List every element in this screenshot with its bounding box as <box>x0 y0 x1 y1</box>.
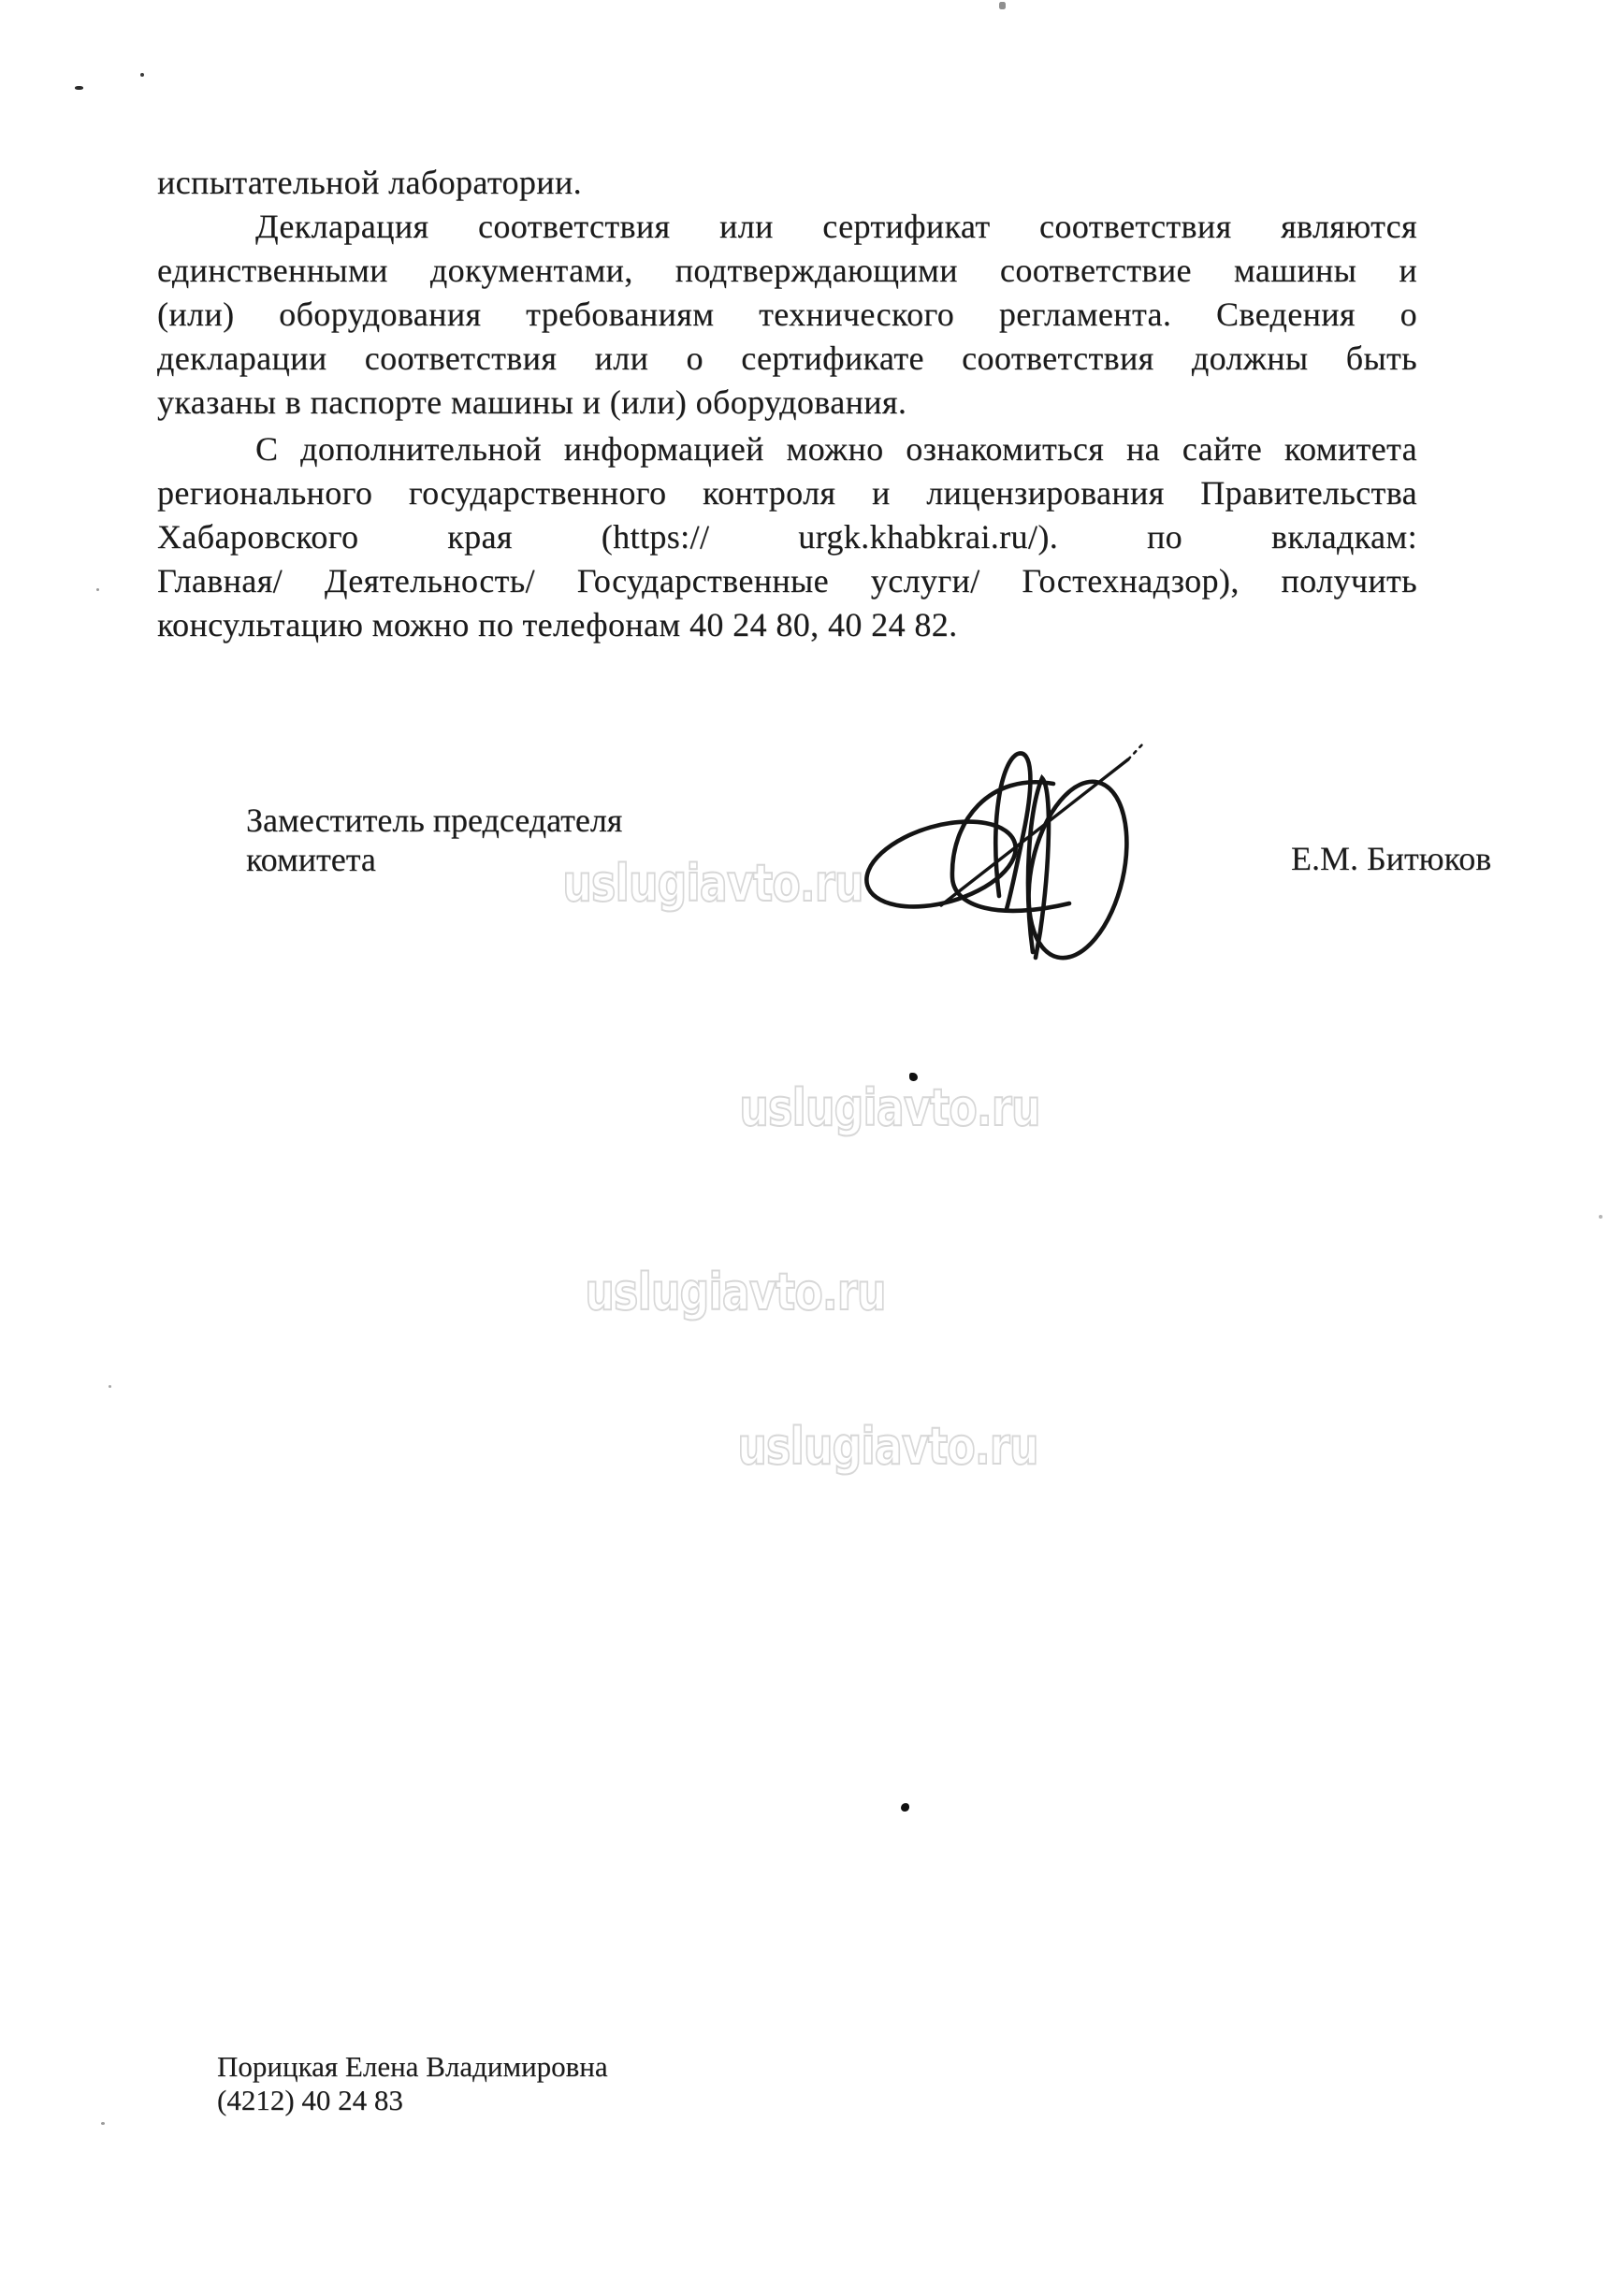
paragraph2-line: регионального государственного контроля … <box>157 471 1417 515</box>
paragraph1-line: единственными документами, подтверждающи… <box>157 249 1417 293</box>
paragraph1-line: указаны в паспорте машины и (или) оборуд… <box>157 381 1417 425</box>
handwritten-signature <box>859 735 1160 971</box>
scan-speck <box>96 588 99 591</box>
paragraph1-line: Декларация соответствия или сертификат с… <box>157 205 1417 249</box>
watermark-uslugiavto: uslugiavto.ru <box>604 1263 866 1321</box>
paragraph2-line: Главная/ Деятельность/ Государственные у… <box>157 559 1417 603</box>
scan-speck <box>909 1073 918 1081</box>
letter-body: испытательной лаборатории. Декларация со… <box>157 161 1417 647</box>
scan-speck <box>901 1803 909 1812</box>
signatory-title-line1: Заместитель председателя <box>246 801 622 840</box>
paragraph-continuation-line: испытательной лаборатории. <box>157 161 1417 205</box>
paragraph2-line: С дополнительной информацией можно ознак… <box>157 427 1417 471</box>
signatory-title-line2: комитета <box>246 840 622 879</box>
paragraph2-line: консультацию можно по телефонам 40 24 80… <box>157 603 1417 647</box>
scan-speck <box>999 2 1006 9</box>
paragraph1-line: (или) оборудования требованиям техническ… <box>157 293 1417 337</box>
scan-speck <box>140 73 144 77</box>
scan-speck <box>75 86 83 90</box>
executor-contact: Порицкая Елена Владимировна (4212) 40 24… <box>217 2050 608 2117</box>
executor-name: Порицкая Елена Владимировна <box>217 2050 608 2084</box>
signer-name: Е.М. Битюков <box>1291 840 1491 877</box>
watermark-uslugiavto: uslugiavto.ru <box>759 1078 1021 1136</box>
paragraph2-line: Хабаровского края (https:// urgk.khabkra… <box>157 515 1417 559</box>
scan-speck <box>101 2122 105 2125</box>
scan-speck <box>109 1385 111 1388</box>
watermark-uslugiavto: uslugiavto.ru <box>757 1417 1019 1475</box>
paragraph1-line: декларации соответствия или о сертификат… <box>157 337 1417 381</box>
executor-phone: (4212) 40 24 83 <box>217 2084 608 2117</box>
scan-speck <box>1599 1215 1602 1219</box>
scanned-document-page: uslugiavto.ru uslugiavto.ru uslugiavto.r… <box>0 0 1624 2296</box>
signatory-title: Заместитель председателя комитета <box>246 801 622 879</box>
